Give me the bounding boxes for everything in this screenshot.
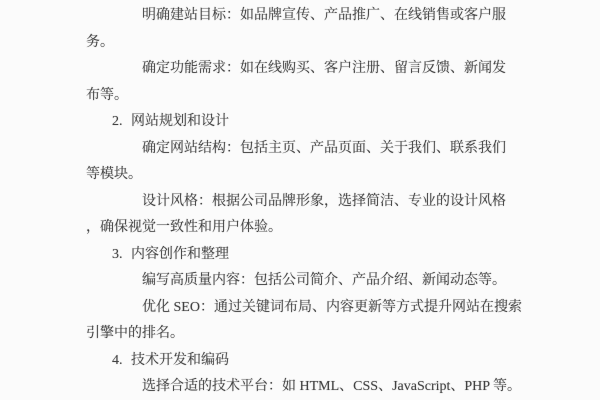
text-line: 务。 bbox=[0, 30, 600, 57]
list-item-number: 2. bbox=[112, 109, 131, 136]
text-line: ，确保视觉一致性和用户体验。 bbox=[0, 215, 600, 242]
text-line: 编写高质量内容：包括公司简介、产品介绍、新闻动态等。 bbox=[0, 268, 600, 295]
text-line: 引擎中的排名。 bbox=[0, 321, 600, 348]
text-line: 等模块。 bbox=[0, 162, 600, 189]
list-item: 3.内容创作和整理 bbox=[0, 242, 600, 269]
list-item-number: 4. bbox=[112, 348, 131, 375]
list-item: 4.技术开发和编码 bbox=[0, 348, 600, 375]
text-line: 设计风格：根据公司品牌形象，选择简洁、专业的设计风格 bbox=[0, 189, 600, 216]
list-item-label: 内容创作和整理 bbox=[131, 247, 229, 262]
document-text-block: 明确建站目标：如品牌宣传、产品推广、在线销售或客户服务。确定功能需求：如在线购买… bbox=[0, 3, 600, 400]
list-item-number: 3. bbox=[112, 242, 131, 269]
text-line: 确定网站结构：包括主页、产品页面、关于我们、联系我们 bbox=[0, 136, 600, 163]
list-item-label: 网站规划和设计 bbox=[131, 114, 229, 129]
text-line: 明确建站目标：如品牌宣传、产品推广、在线销售或客户服 bbox=[0, 3, 600, 30]
text-line: 优化 SEO：通过关键词布局、内容更新等方式提升网站在搜索 bbox=[0, 295, 600, 322]
text-line: 布等。 bbox=[0, 83, 600, 110]
text-line: 确定功能需求：如在线购买、客户注册、留言反馈、新闻发 bbox=[0, 56, 600, 83]
document-page: 明确建站目标：如品牌宣传、产品推广、在线销售或客户服务。确定功能需求：如在线购买… bbox=[0, 0, 600, 400]
list-item: 2.网站规划和设计 bbox=[0, 109, 600, 136]
text-line: 选择合适的技术平台：如 HTML、CSS、JavaScript、PHP 等。 bbox=[0, 374, 600, 400]
list-item-label: 技术开发和编码 bbox=[131, 353, 229, 368]
